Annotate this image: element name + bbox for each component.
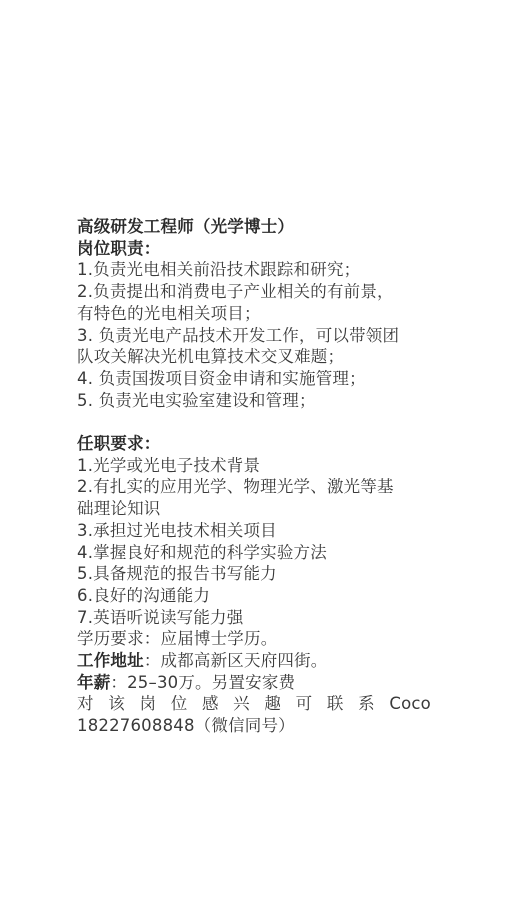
contact-char: 系 [358, 693, 375, 715]
requirement-item: 4.掌握良好和规范的科学实验方法 [77, 542, 431, 564]
work-location: 工作地址：成都高新区天府四街。 [77, 650, 431, 672]
contact-char: 感 [202, 693, 219, 715]
duty-item: 有特色的光电相关项目； [77, 303, 431, 325]
contact-phone: 18227608848（微信同号） [77, 715, 431, 737]
salary: 年薪：25–30万。另置安家费 [77, 672, 431, 694]
contact-name: Coco [389, 693, 431, 715]
duty-item: 4. 负责国拨项目资金申请和实施管理； [77, 368, 431, 390]
contact-char: 联 [327, 693, 344, 715]
location-label: 工作地址 [77, 651, 144, 670]
duty-item: 5. 负责光电实验室建设和管理； [77, 390, 431, 412]
contact-char: 位 [171, 693, 188, 715]
requirement-item: 1.光学或光电子技术背景 [77, 455, 431, 477]
contact-line: 对 该 岗 位 感 兴 趣 可 联 系 Coco [77, 693, 431, 715]
contact-char: 岗 [139, 693, 156, 715]
duty-item: 队攻关解决光机电算技术交叉难题； [77, 346, 431, 368]
requirement-item: 5.具备规范的报告书写能力 [77, 563, 431, 585]
contact-char: 兴 [233, 693, 250, 715]
requirement-item: 7.英语听说读写能力强 [77, 607, 431, 629]
duty-item: 2.负责提出和消费电子产业相关的有前景， [77, 281, 431, 303]
education-requirement: 学历要求：应届博士学历。 [77, 628, 431, 650]
job-title: 高级研发工程师（光学博士） [77, 216, 431, 238]
salary-label: 年薪 [77, 673, 110, 692]
contact-char: 可 [296, 693, 313, 715]
requirement-item: 6.良好的沟通能力 [77, 585, 431, 607]
requirements-heading: 任职要求： [77, 433, 431, 455]
spacer [77, 411, 431, 433]
requirement-item: 2.有扎实的应用光学、物理光学、激光等基 [77, 476, 431, 498]
duties-heading: 岗位职责： [77, 238, 431, 260]
contact-char: 该 [108, 693, 125, 715]
salary-value: ：25–30万。另置安家费 [110, 673, 295, 692]
requirement-item: 3.承担过光电技术相关项目 [77, 520, 431, 542]
job-posting: 高级研发工程师（光学博士） 岗位职责： 1.负责光电相关前沿技术跟踪和研究； 2… [77, 216, 431, 737]
location-value: ：成都高新区天府四街。 [144, 651, 328, 670]
contact-char: 趣 [264, 693, 281, 715]
duty-item: 1.负责光电相关前沿技术跟踪和研究； [77, 259, 431, 281]
requirement-item: 础理论知识 [77, 498, 431, 520]
duty-item: 3. 负责光电产品技术开发工作，可以带领团 [77, 325, 431, 347]
contact-char: 对 [77, 693, 94, 715]
